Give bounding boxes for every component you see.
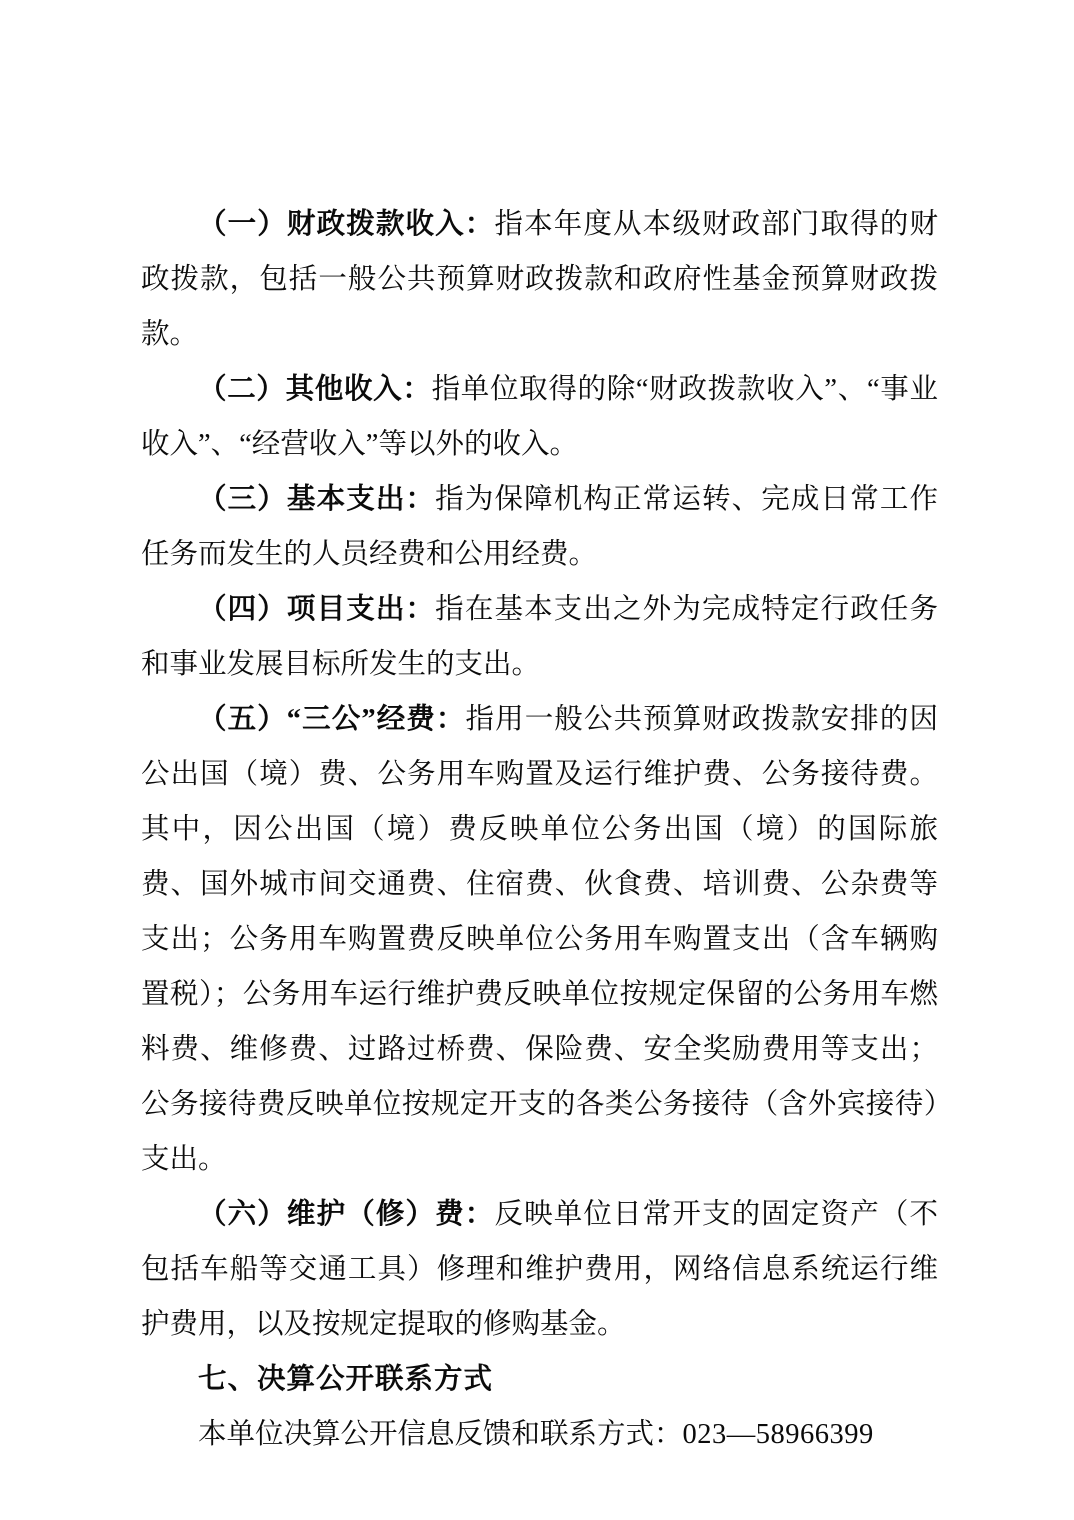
definition-lead: （四）项目支出： xyxy=(198,594,435,625)
definition-lead: （三）基本支出： xyxy=(198,484,435,515)
definition-project-expenditure: （四）项目支出：指在基本支出之外为完成特定行政任务和事业发展目标所发生的支出。 xyxy=(141,582,938,692)
contact-line: 本单位决算公开信息反馈和联系方式：023—58966399 xyxy=(141,1407,938,1462)
definition-lead: （五）“三公”经费： xyxy=(198,704,466,735)
definition-fiscal-appropriation-income: （一）财政拨款收入：指本年度从本级财政部门取得的财政拨款，包括一般公共预算财政拨… xyxy=(141,197,938,362)
contact-label: 本单位决算公开信息反馈和联系方式： xyxy=(198,1419,683,1450)
definition-maintenance-repair-fee: （六）维护（修）费：反映单位日常开支的固定资产（不包括车船等交通工具）修理和维护… xyxy=(141,1187,938,1352)
definition-lead: （六）维护（修）费： xyxy=(198,1199,494,1230)
section-heading-contact-method: 七、决算公开联系方式 xyxy=(141,1352,938,1407)
definition-lead: （二）其他收入： xyxy=(198,374,432,405)
definition-basic-expenditure: （三）基本支出：指为保障机构正常运转、完成日常工作任务而发生的人员经费和公用经费… xyxy=(141,472,938,582)
definition-lead: （一）财政拨款收入： xyxy=(198,209,494,240)
document-text-block: （一）财政拨款收入：指本年度从本级财政部门取得的财政拨款，包括一般公共预算财政拨… xyxy=(141,197,938,1462)
contact-phone-number: 023—58966399 xyxy=(683,1419,874,1450)
definition-body: 指用一般公共预算财政拨款安排的因公出国（境）费、公务用车购置及运行维护费、公务接… xyxy=(141,704,938,1175)
definition-three-public-funds: （五）“三公”经费：指用一般公共预算财政拨款安排的因公出国（境）费、公务用车购置… xyxy=(141,692,938,1187)
definition-other-income: （二）其他收入：指单位取得的除“财政拨款收入”、“事业收入”、“经营收入”等以外… xyxy=(141,362,938,472)
document-page: （一）财政拨款收入：指本年度从本级财政部门取得的财政拨款，包括一般公共预算财政拨… xyxy=(0,0,1074,1520)
